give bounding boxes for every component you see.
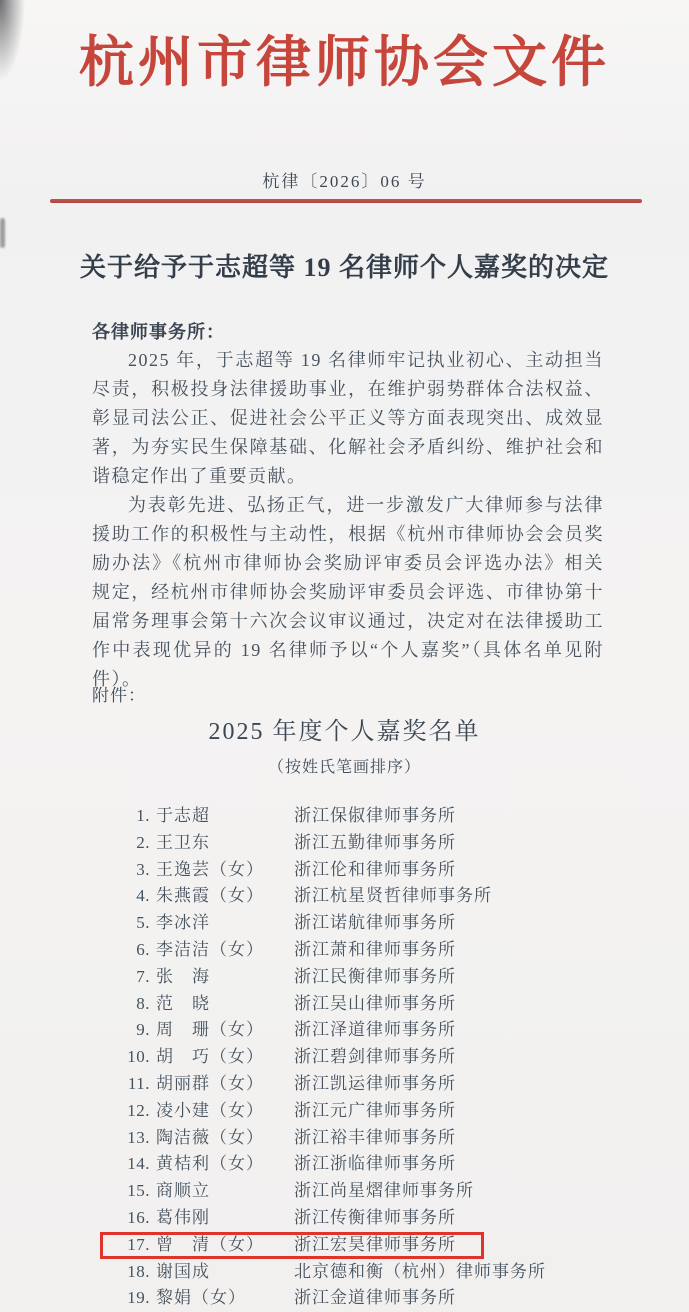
list-item-num: 14. <box>126 1151 150 1178</box>
document-title: 关于给予于志超等 19 名律师个人嘉奖的决定 <box>0 247 689 284</box>
body-paragraph-2: 为表彰先进、弘扬正气，进一步激发广大律师参与法律援助工作的积极性与主动性，根据《… <box>92 491 604 694</box>
list-item: 1.于志超浙江保俶律师事务所 <box>126 803 653 830</box>
list-item-firm: 浙江裕丰律师事务所 <box>294 1125 653 1152</box>
list-item-num: 4. <box>126 883 150 910</box>
list-item-firm: 浙江宏昊律师事务所 <box>294 1232 653 1259</box>
salutation: 各律师事务所： <box>92 318 604 346</box>
list-item-name: 胡 巧（女） <box>156 1044 294 1071</box>
list-item-firm: 浙江诺航律师事务所 <box>294 910 653 937</box>
list-item-name: 李洁洁（女） <box>156 937 294 964</box>
scan-edge-mark <box>0 218 5 248</box>
list-item-num: 13. <box>126 1125 150 1152</box>
list-item: 16.葛伟刚浙江传衡律师事务所 <box>126 1205 653 1232</box>
award-list: 1.于志超浙江保俶律师事务所2.王卫东浙江五勤律师事务所3.王逸芸（女）浙江伦和… <box>126 803 653 1312</box>
list-item: 4.朱燕霞（女）浙江杭星贤哲律师事务所 <box>126 883 653 910</box>
list-item-firm: 浙江元广律师事务所 <box>294 1098 653 1125</box>
list-item: 5.李冰洋浙江诺航律师事务所 <box>126 910 653 937</box>
list-item-firm: 浙江浙临律师事务所 <box>294 1151 653 1178</box>
document-page: 杭州市律师协会文件 杭律〔2026〕06 号 关于给予于志超等 19 名律师个人… <box>0 0 689 1312</box>
list-item-name: 商顺立 <box>156 1178 294 1205</box>
list-item-num: 8. <box>126 991 150 1018</box>
list-item-name: 范 晓 <box>156 991 294 1018</box>
list-item: 14.黄桔利（女）浙江浙临律师事务所 <box>126 1151 653 1178</box>
list-item-name: 于志超 <box>156 803 294 830</box>
list-item-firm: 浙江凯运律师事务所 <box>294 1071 653 1098</box>
list-item-firm: 浙江民衡律师事务所 <box>294 964 653 991</box>
list-item-firm: 浙江传衡律师事务所 <box>294 1205 653 1232</box>
list-item: 17.曾 清（女）浙江宏昊律师事务所 <box>126 1232 653 1259</box>
list-item-num: 5. <box>126 910 150 937</box>
list-item: 2.王卫东浙江五勤律师事务所 <box>126 830 653 857</box>
list-item-name: 朱燕霞（女） <box>156 883 294 910</box>
list-item-num: 10. <box>126 1044 150 1071</box>
list-item-name: 胡丽群（女） <box>156 1071 294 1098</box>
list-item-num: 2. <box>126 830 150 857</box>
body-paragraph-1: 2025 年，于志超等 19 名律师牢记执业初心、主动担当尽责，积极投身法律援助… <box>92 346 604 491</box>
list-item: 8.范 晓浙江吴山律师事务所 <box>126 991 653 1018</box>
list-item: 19.黎娟（女）浙江金道律师事务所 <box>126 1285 653 1312</box>
list-item-num: 7. <box>126 964 150 991</box>
list-item: 15.商顺立浙江尚星熠律师事务所 <box>126 1178 653 1205</box>
list-item-num: 1. <box>126 803 150 830</box>
list-item-name: 黎娟（女） <box>156 1285 294 1312</box>
list-item-firm: 浙江伦和律师事务所 <box>294 857 653 884</box>
list-item-num: 16. <box>126 1205 150 1232</box>
list-item-firm: 浙江萧和律师事务所 <box>294 937 653 964</box>
attachment-subtitle: （按姓氏笔画排序） <box>0 754 689 777</box>
list-item: 10.胡 巧（女）浙江碧剑律师事务所 <box>126 1044 653 1071</box>
list-item: 7.张 海浙江民衡律师事务所 <box>126 964 653 991</box>
list-item-num: 11. <box>126 1071 150 1098</box>
document-body: 各律师事务所： 2025 年，于志超等 19 名律师牢记执业初心、主动担当尽责，… <box>92 318 604 694</box>
letterhead-title: 杭州市律师协会文件 <box>0 18 689 97</box>
list-item-num: 3. <box>126 857 150 884</box>
list-item-name: 凌小建（女） <box>156 1098 294 1125</box>
list-item-name: 王逸芸（女） <box>156 857 294 884</box>
list-item: 18.谢国成北京德和衡（杭州）律师事务所 <box>126 1259 653 1286</box>
red-divider-line <box>50 199 642 203</box>
list-item-name: 谢国成 <box>156 1259 294 1286</box>
list-item: 12.凌小建（女）浙江元广律师事务所 <box>126 1098 653 1125</box>
list-item-firm: 浙江泽道律师事务所 <box>294 1017 653 1044</box>
list-item-name: 陶洁薇（女） <box>156 1125 294 1152</box>
list-item-name: 黄桔利（女） <box>156 1151 294 1178</box>
list-item-firm: 浙江保俶律师事务所 <box>294 803 653 830</box>
list-item-firm: 北京德和衡（杭州）律师事务所 <box>294 1259 653 1286</box>
attachment-label: 附件： <box>92 681 146 706</box>
list-item: 3.王逸芸（女）浙江伦和律师事务所 <box>126 857 653 884</box>
list-item-num: 6. <box>126 937 150 964</box>
list-item-firm: 浙江尚星熠律师事务所 <box>294 1178 653 1205</box>
list-item-firm: 浙江碧剑律师事务所 <box>294 1044 653 1071</box>
list-item-firm: 浙江五勤律师事务所 <box>294 830 653 857</box>
list-item-name: 葛伟刚 <box>156 1205 294 1232</box>
list-item-firm: 浙江杭星贤哲律师事务所 <box>294 883 653 910</box>
list-item: 9.周 珊（女）浙江泽道律师事务所 <box>126 1017 653 1044</box>
list-item-num: 18. <box>126 1259 150 1286</box>
list-item-name: 张 海 <box>156 964 294 991</box>
list-item-name: 李冰洋 <box>156 910 294 937</box>
list-item-num: 12. <box>126 1098 150 1125</box>
list-item-name: 周 珊（女） <box>156 1017 294 1044</box>
list-item-name: 曾 清（女） <box>156 1232 294 1259</box>
list-item-num: 17. <box>126 1232 150 1259</box>
list-item-firm: 浙江金道律师事务所 <box>294 1285 653 1312</box>
list-item-num: 9. <box>126 1017 150 1044</box>
list-item-num: 15. <box>126 1178 150 1205</box>
list-item: 11.胡丽群（女）浙江凯运律师事务所 <box>126 1071 653 1098</box>
list-item-name: 王卫东 <box>156 830 294 857</box>
list-item: 13.陶洁薇（女）浙江裕丰律师事务所 <box>126 1125 653 1152</box>
list-item-num: 19. <box>126 1285 150 1312</box>
attachment-title: 2025 年度个人嘉奖名单 <box>0 711 689 746</box>
list-item-firm: 浙江吴山律师事务所 <box>294 991 653 1018</box>
list-item: 6.李洁洁（女）浙江萧和律师事务所 <box>126 937 653 964</box>
document-number: 杭律〔2026〕06 号 <box>0 167 689 192</box>
